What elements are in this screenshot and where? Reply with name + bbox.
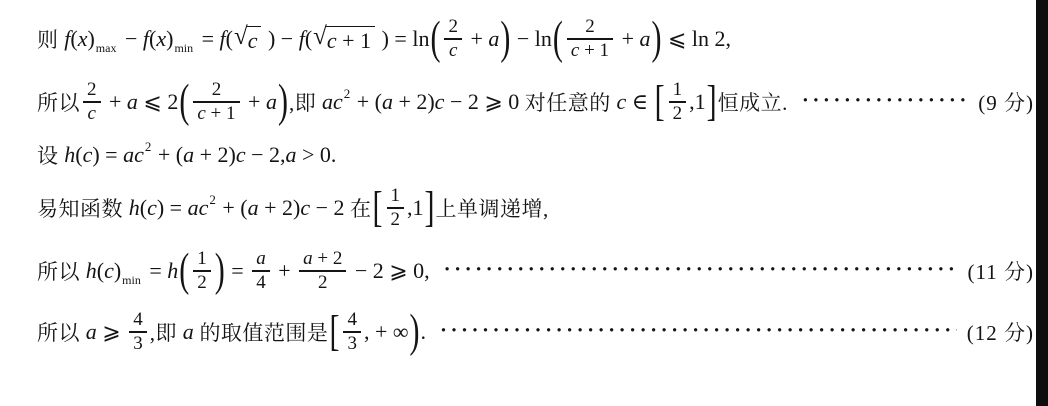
math-text: ∈ bbox=[626, 89, 653, 115]
fraction-numerator: 2 bbox=[83, 79, 101, 101]
fraction-denominator: c bbox=[84, 103, 100, 125]
fraction: a4 bbox=[252, 248, 270, 293]
math-text: 2 bbox=[673, 103, 683, 125]
fraction-denominator: c + 1 bbox=[193, 103, 239, 125]
fraction-numerator: 1 bbox=[193, 248, 211, 270]
solution-line-3: 设 h(c) = ac2 + (a + 2)c − 2,a > 0. bbox=[37, 128, 1034, 182]
math-text: 1 bbox=[673, 79, 683, 101]
math-text: − bbox=[119, 26, 142, 52]
math-text: + 2) bbox=[393, 89, 435, 115]
subscript: max bbox=[96, 41, 117, 56]
math-variable: a bbox=[488, 26, 499, 52]
math-text: > 0. bbox=[297, 142, 337, 168]
subscript: min bbox=[174, 41, 193, 56]
big-paren: ) bbox=[278, 79, 288, 126]
math-text: 在 bbox=[350, 193, 372, 223]
superscript: 2 bbox=[344, 86, 351, 102]
big-bracket: ] bbox=[425, 186, 435, 230]
math-variable: c bbox=[435, 89, 445, 115]
radicand: c + 1 bbox=[325, 26, 375, 54]
math-variable: a bbox=[266, 89, 277, 115]
math-text: + 1 bbox=[206, 103, 236, 125]
dotted-leader: ········································… bbox=[444, 257, 958, 282]
math-variable: a bbox=[183, 319, 194, 345]
big-paren: ) bbox=[651, 16, 661, 63]
solution-line-2: 所以2c + a ⩽ 2(2c + 1 + a),即 ac2 + (a + 2)… bbox=[37, 75, 1034, 129]
math-text: ) = ln bbox=[376, 26, 429, 52]
fraction-numerator: 1 bbox=[387, 185, 405, 207]
fraction-denominator: 2 bbox=[669, 103, 687, 125]
math-text: ( bbox=[226, 26, 233, 52]
superscript: 2 bbox=[145, 139, 152, 155]
big-paren: ) bbox=[500, 16, 510, 63]
fraction-denominator: 2 bbox=[314, 272, 332, 294]
math-variable: x bbox=[156, 26, 166, 52]
math-variable: a bbox=[303, 248, 313, 270]
math-text: 3 bbox=[133, 333, 143, 355]
score-label: (12 分) bbox=[967, 317, 1034, 347]
math-text: ) − bbox=[262, 26, 298, 52]
math-text: ) = bbox=[157, 195, 188, 221]
math-text: − 2 bbox=[310, 195, 350, 221]
dotted-leader: ········································… bbox=[440, 318, 957, 343]
math-variable: h bbox=[64, 142, 75, 168]
math-text: = bbox=[196, 26, 219, 52]
fraction-denominator: 2 bbox=[193, 272, 211, 294]
math-variable: c bbox=[248, 28, 258, 53]
fraction: 2c + 1 bbox=[193, 79, 239, 124]
math-variable: c bbox=[449, 40, 457, 62]
radicand: c bbox=[246, 26, 262, 54]
fraction: 2c bbox=[444, 16, 462, 61]
math-text: − 2, bbox=[246, 142, 286, 168]
math-variable: c bbox=[197, 103, 205, 125]
fraction: 43 bbox=[129, 309, 147, 354]
math-text: 2 bbox=[87, 79, 97, 101]
big-paren: ( bbox=[179, 248, 189, 295]
fraction-numerator: 2 bbox=[208, 79, 226, 101]
math-text: + 2) bbox=[259, 195, 301, 221]
math-text: 所以 bbox=[37, 87, 80, 117]
math-variable: a bbox=[183, 142, 194, 168]
subscript: min bbox=[122, 273, 141, 288]
math-variable: c bbox=[327, 28, 337, 53]
math-text: 2 bbox=[318, 272, 328, 294]
big-bracket: [ bbox=[655, 80, 665, 124]
math-text: ( bbox=[305, 26, 312, 52]
math-text: ,即 bbox=[289, 87, 322, 117]
math-variable: c bbox=[236, 142, 246, 168]
math-variable: c bbox=[571, 40, 579, 62]
math-variable: c bbox=[147, 195, 157, 221]
math-text: ⩾ bbox=[97, 319, 126, 345]
math-text: − ln bbox=[511, 26, 552, 52]
superscript: 2 bbox=[209, 192, 216, 208]
math-variable: h bbox=[167, 258, 178, 284]
square-root: √c + 1 bbox=[313, 25, 375, 54]
radical-sign: √ bbox=[234, 24, 248, 49]
math-text: ) bbox=[166, 26, 173, 52]
fraction-denominator: 3 bbox=[343, 333, 361, 355]
radical-sign: √ bbox=[313, 24, 327, 49]
math-text: 易知函数 bbox=[37, 193, 129, 223]
math-text: ,即 bbox=[150, 317, 183, 347]
math-text: 2 bbox=[448, 16, 458, 38]
math-text: ⩽ ln 2, bbox=[662, 26, 731, 52]
fraction-numerator: a + 2 bbox=[299, 248, 346, 270]
math-text: 所以 bbox=[37, 256, 86, 286]
math-text: ) bbox=[87, 26, 94, 52]
math-text: ,1 bbox=[689, 89, 706, 115]
math-variable: h bbox=[86, 258, 97, 284]
math-variable: a bbox=[127, 89, 138, 115]
fraction-numerator: 2 bbox=[444, 16, 462, 38]
math-text: ) bbox=[114, 258, 121, 284]
math-text: + bbox=[104, 89, 127, 115]
math-variable: a bbox=[286, 142, 297, 168]
fraction-denominator: c bbox=[445, 40, 461, 62]
square-root: √c bbox=[234, 25, 262, 54]
math-text: + 2 bbox=[313, 248, 343, 270]
math-text: 上单调递增, bbox=[436, 193, 549, 223]
fraction: 12 bbox=[669, 79, 687, 124]
big-paren: ( bbox=[179, 79, 189, 126]
math-text: 2 bbox=[212, 79, 222, 101]
fraction: a + 22 bbox=[299, 248, 346, 293]
math-variable: ac bbox=[123, 142, 144, 168]
big-paren: ) bbox=[215, 248, 225, 295]
math-text: + ( bbox=[217, 195, 248, 221]
math-text: + ( bbox=[351, 89, 382, 115]
big-paren: ) bbox=[410, 309, 420, 356]
math-text: + ( bbox=[152, 142, 183, 168]
math-variable: c bbox=[104, 258, 114, 284]
math-variable: c bbox=[617, 89, 627, 115]
math-text: , + ∞ bbox=[364, 319, 409, 345]
math-text: ,1 bbox=[407, 195, 424, 221]
math-text: 恒成立. bbox=[718, 87, 788, 117]
fraction-denominator: 3 bbox=[129, 333, 147, 355]
math-text: 2 bbox=[197, 272, 207, 294]
math-text: ( bbox=[97, 258, 104, 284]
fraction: 2c bbox=[83, 79, 101, 124]
math-text: + bbox=[616, 26, 639, 52]
math-text: ( bbox=[75, 142, 82, 168]
solution-line-4: 易知函数 h(c) = ac2 + (a + 2)c − 2 在[12,1]上单… bbox=[37, 181, 1034, 235]
math-text: 设 bbox=[37, 140, 64, 170]
fraction: 2c + 1 bbox=[567, 16, 613, 61]
math-variable: c bbox=[88, 103, 96, 125]
math-text: + 1 bbox=[337, 28, 371, 53]
solution-line-6: 所以 a ⩾ 43,即 a 的取值范围是[43, + ∞).··········… bbox=[37, 305, 1034, 359]
fraction-numerator: 4 bbox=[343, 309, 361, 331]
math-text: 2 bbox=[585, 16, 595, 38]
math-text: + bbox=[273, 258, 296, 284]
fraction: 43 bbox=[343, 309, 361, 354]
math-text: 对任意的 bbox=[525, 87, 617, 117]
fraction-numerator: 2 bbox=[581, 16, 599, 38]
math-variable: c bbox=[83, 142, 93, 168]
big-bracket: ] bbox=[707, 80, 717, 124]
dotted-leader: ········································… bbox=[802, 88, 968, 113]
math-variable: a bbox=[86, 319, 97, 345]
fraction-denominator: c + 1 bbox=[567, 40, 613, 62]
fraction-numerator: 1 bbox=[669, 79, 687, 101]
math-text: + bbox=[243, 89, 266, 115]
score-label: (9 分) bbox=[978, 87, 1034, 117]
math-text: = bbox=[144, 258, 167, 284]
fraction-numerator: a bbox=[252, 248, 270, 270]
big-bracket: [ bbox=[373, 186, 383, 230]
math-text: . bbox=[421, 319, 427, 345]
math-variable: a bbox=[256, 248, 266, 270]
math-text: ( bbox=[70, 26, 77, 52]
math-text: 3 bbox=[347, 333, 357, 355]
big-bracket: [ bbox=[329, 310, 339, 354]
math-text: 4 bbox=[347, 309, 357, 331]
math-text: ⩽ 2 bbox=[138, 89, 178, 115]
math-variable: ac bbox=[188, 195, 209, 221]
math-text: + bbox=[465, 26, 488, 52]
big-paren: ( bbox=[553, 16, 563, 63]
math-text: 4 bbox=[256, 272, 266, 294]
math-variable: a bbox=[639, 26, 650, 52]
solution-line-1: 则 f(x)max − f(x)min = f(√c ) − f(√c + 1 … bbox=[37, 12, 1034, 66]
math-text: + 2) bbox=[194, 142, 236, 168]
fraction: 12 bbox=[387, 185, 405, 230]
math-variable: a bbox=[248, 195, 259, 221]
math-variable: ac bbox=[322, 89, 343, 115]
math-text: + 1 bbox=[579, 40, 609, 62]
math-text: 的取值范围是 bbox=[194, 317, 329, 347]
fraction-denominator: 4 bbox=[252, 272, 270, 294]
math-text: ( bbox=[140, 195, 147, 221]
math-text: = bbox=[226, 258, 249, 284]
solution-line-5: 所以 h(c)min = h(12) = a4 + a + 22 − 2 ⩾ 0… bbox=[37, 244, 1034, 298]
math-text: − 2 ⩾ 0, bbox=[349, 258, 429, 284]
math-text: 1 bbox=[197, 248, 207, 270]
scan-edge-strip bbox=[1036, 0, 1048, 406]
math-variable: c bbox=[300, 195, 310, 221]
fraction: 12 bbox=[193, 248, 211, 293]
math-text: 则 bbox=[37, 24, 64, 54]
math-text: 2 bbox=[391, 209, 401, 231]
score-label: (11 分) bbox=[968, 256, 1034, 286]
math-text: 1 bbox=[391, 185, 401, 207]
math-text: 所以 bbox=[37, 317, 86, 347]
math-text: 4 bbox=[133, 309, 143, 331]
fraction-numerator: 4 bbox=[129, 309, 147, 331]
solution-sheet: 则 f(x)max − f(x)min = f(√c ) − f(√c + 1 … bbox=[0, 0, 1048, 406]
math-variable: x bbox=[78, 26, 88, 52]
big-paren: ( bbox=[430, 16, 440, 63]
fraction-denominator: 2 bbox=[387, 209, 405, 231]
math-variable: a bbox=[382, 89, 393, 115]
math-variable: h bbox=[129, 195, 140, 221]
math-text: ) = bbox=[92, 142, 123, 168]
math-text: − 2 ⩾ 0 bbox=[444, 89, 524, 115]
